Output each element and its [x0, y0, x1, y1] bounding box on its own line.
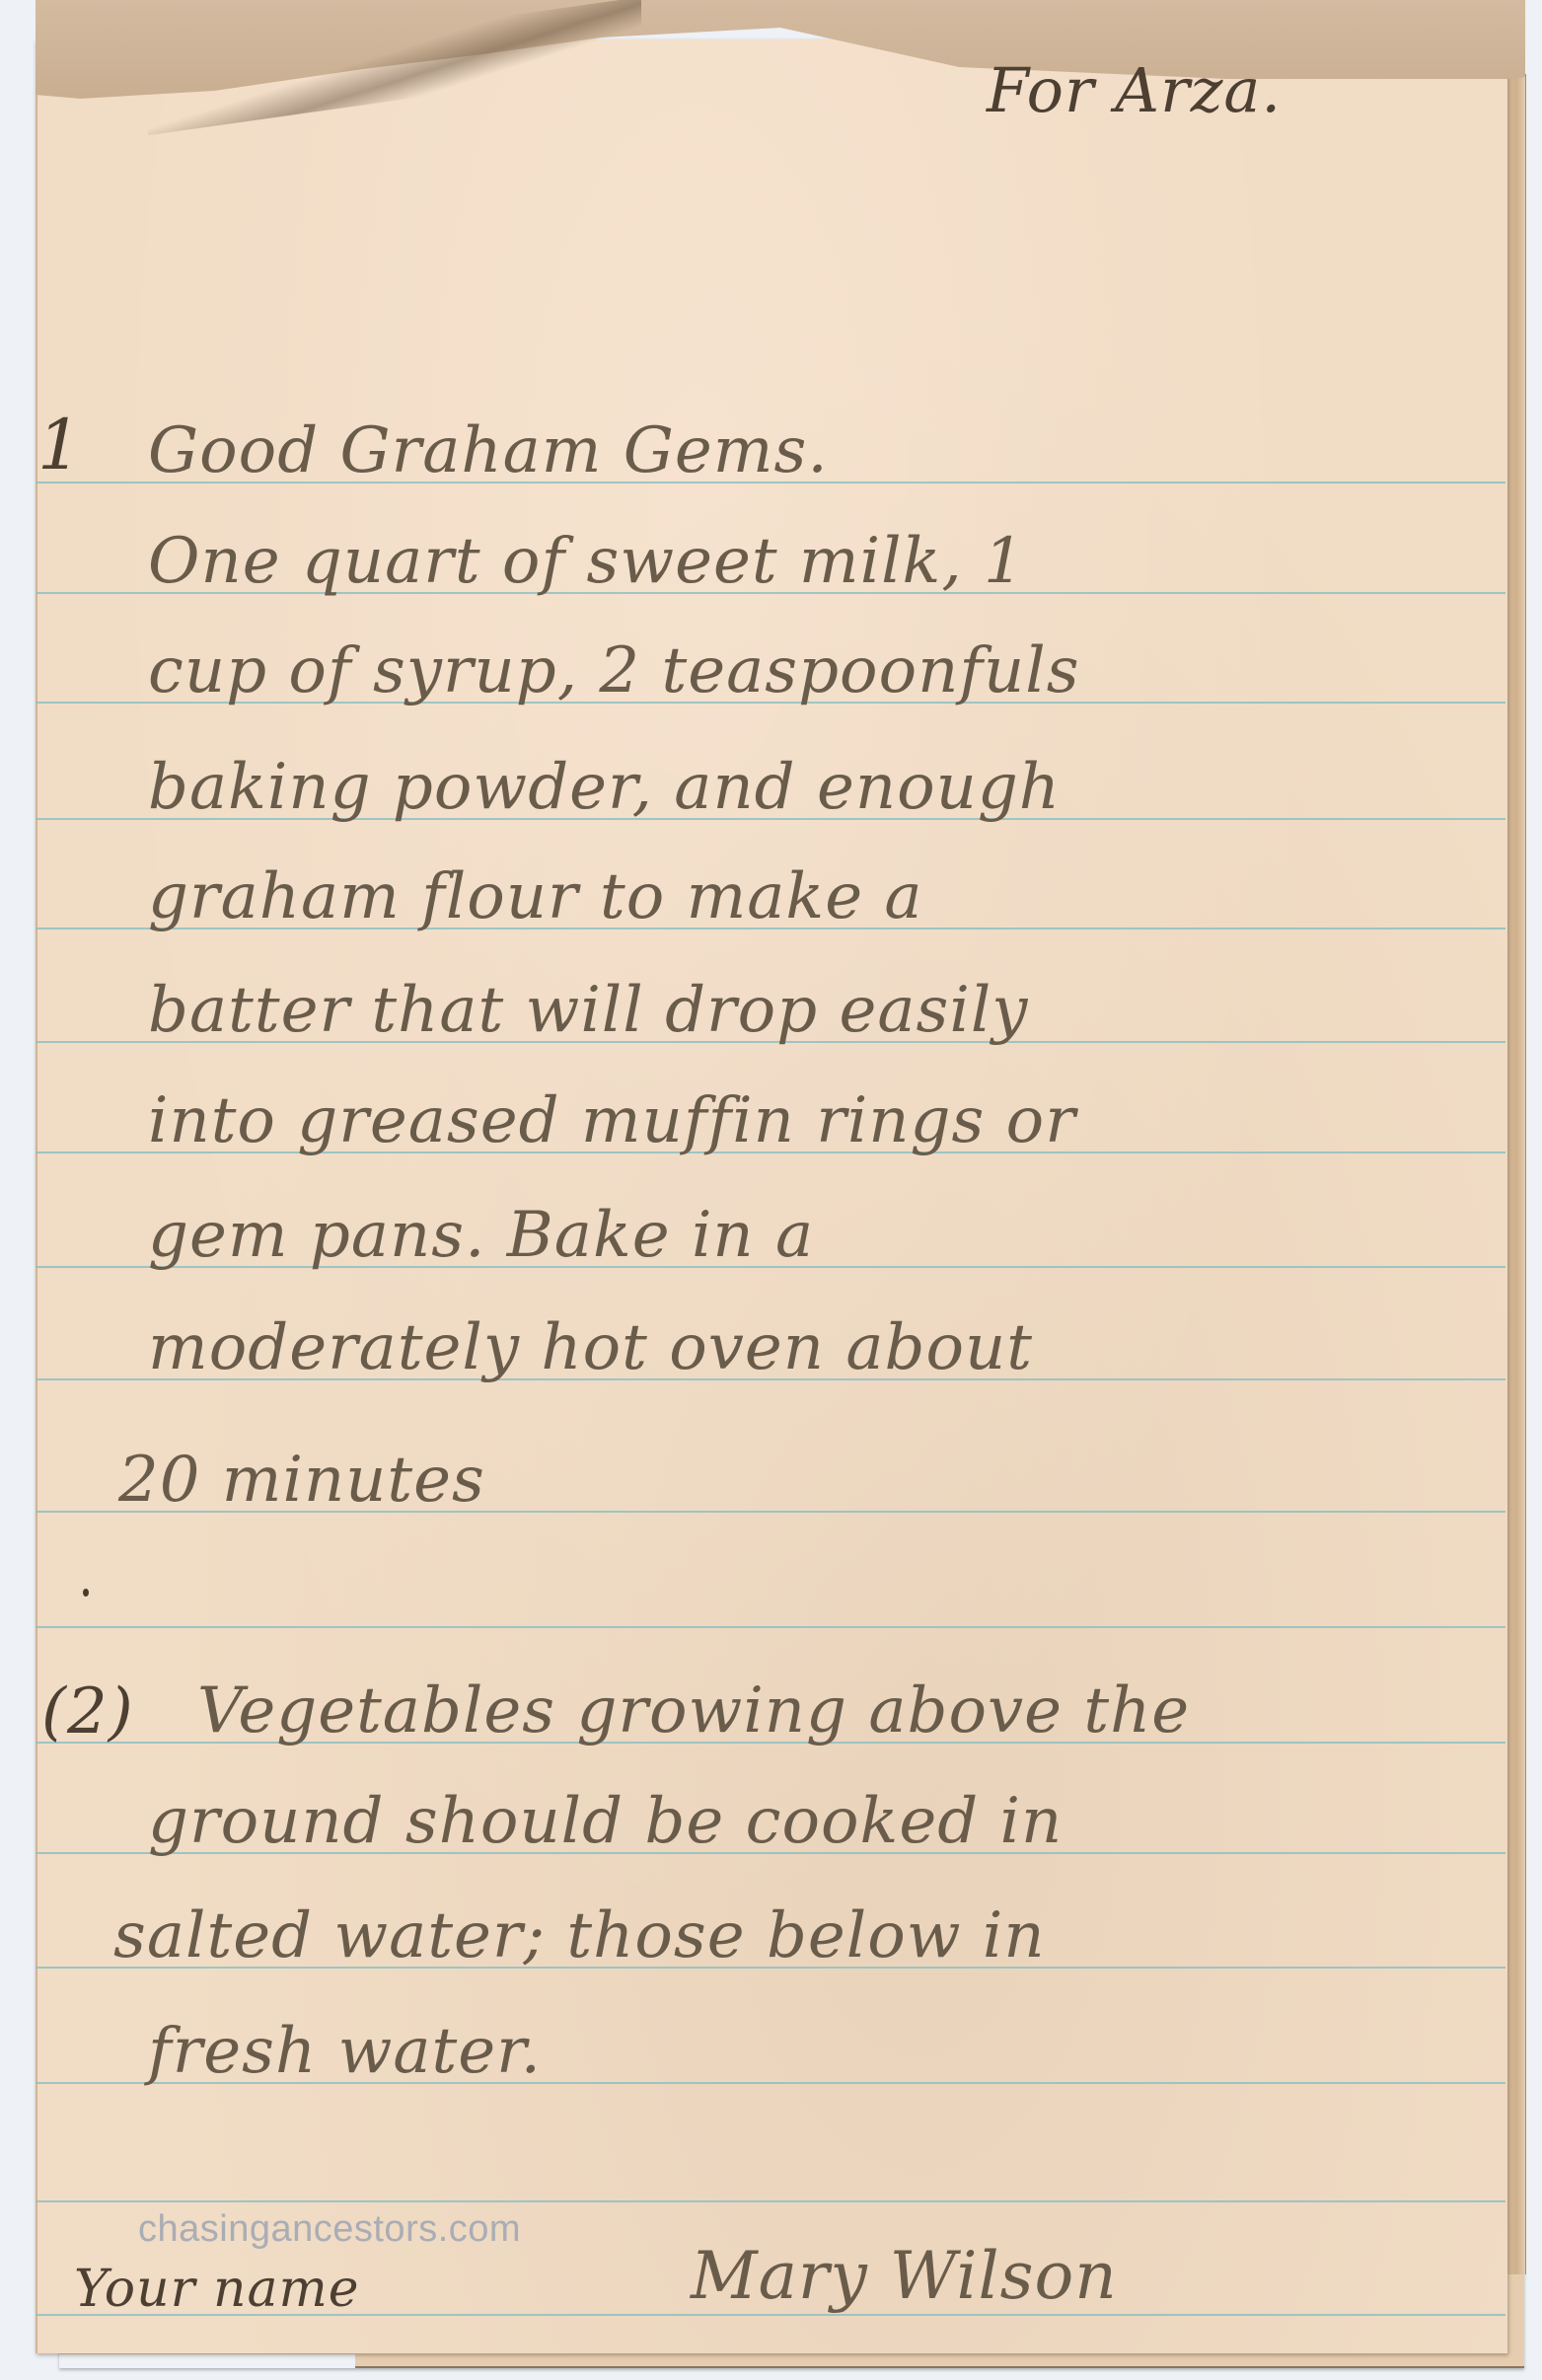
ruled-paper-sheet [36, 39, 1507, 2353]
ink-dot [83, 1589, 89, 1597]
recipe-1-line: baking powder, and enough [148, 751, 1061, 824]
recipe-1-line: gem pans. Bake in a [148, 1199, 814, 1272]
recipe-1-line: 20 minutes [118, 1444, 485, 1517]
recipe-2-number: (2) [41, 1675, 134, 1748]
recipe-1-title: Good Graham Gems. [148, 414, 829, 487]
recipe-1-line: cup of syrup, 2 teaspoonfuls [148, 634, 1080, 707]
header-note: For Arza. [987, 54, 1282, 126]
watermark-text: chasingancestors.com [138, 2208, 521, 2251]
rule-line [36, 1626, 1505, 1628]
recipe-2-line: ground should be cooked in [148, 1785, 1063, 1858]
your-name-label: Your name [74, 2260, 360, 2319]
recipe-1-line: graham flour to make a [148, 860, 923, 933]
recipe-1-line: into greased muffin rings or [148, 1084, 1076, 1157]
recipe-1-number: 1 [37, 405, 83, 485]
recipe-2-line: Vegetables growing above the [197, 1674, 1190, 1748]
recipe-1-line: batter that will drop easily [148, 974, 1028, 1047]
recipe-1-line: moderately hot oven about [148, 1311, 1033, 1384]
signature: Mary Wilson [691, 2238, 1118, 2314]
recipe-2-line: fresh water. [148, 2015, 542, 2088]
recipe-2-line: salted water; those below in [113, 1899, 1046, 1972]
rule-line [36, 2200, 1505, 2202]
recipe-1-line: One quart of sweet milk, 1 [148, 525, 1025, 598]
